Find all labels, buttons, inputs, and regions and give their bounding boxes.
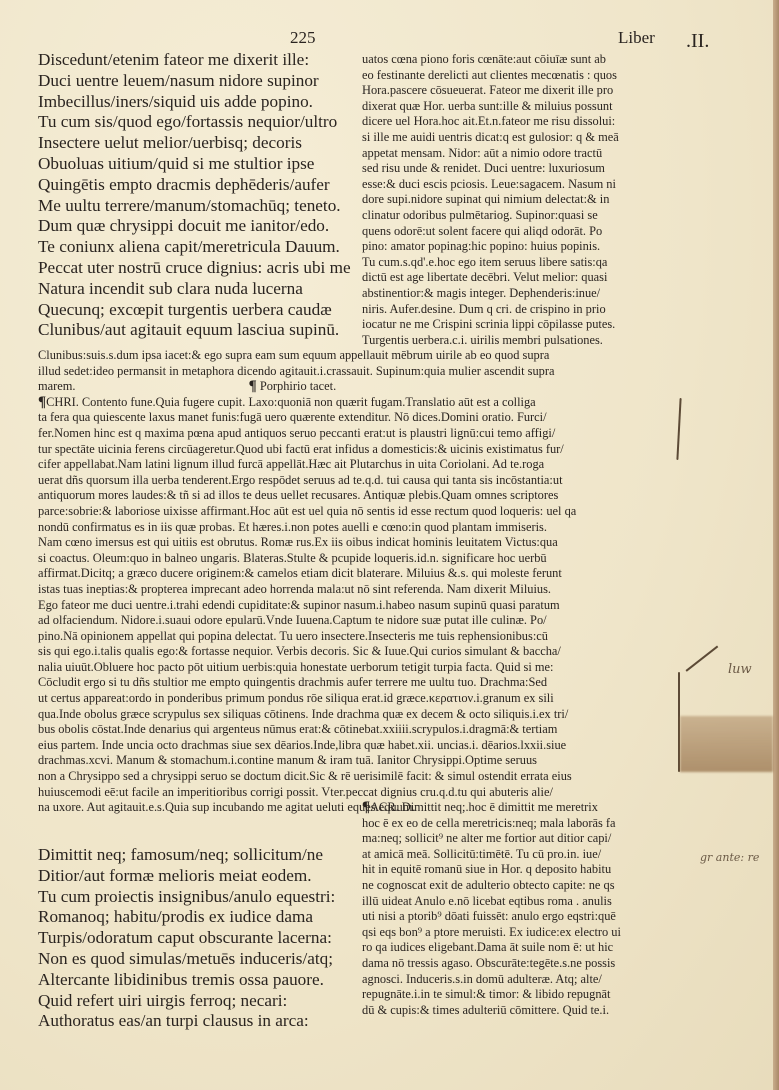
pilcrow-icon: ¶ bbox=[79, 378, 257, 394]
commentary-line: quens odorē:ut solent facere qui aliqd o… bbox=[362, 224, 682, 240]
verse-line: Clunibus/aut agitauit equum lasciua supi… bbox=[38, 320, 358, 341]
commentary-line: ¶ACR. Dimittit neq;.hoc ē dimittit me me… bbox=[362, 800, 682, 816]
commentary-line: huiuscemodi eē:ut facile an imperitiorib… bbox=[38, 785, 678, 801]
verse-line: Tu cum sis/quod ego/fortassis nequior/ul… bbox=[38, 112, 358, 133]
verse-line: Quingētis empto dracmis dephēderis/aufer bbox=[38, 175, 358, 196]
commentary-line: esse:& duci escis pciosis. Leue:sagacem.… bbox=[362, 177, 682, 193]
verse-line: Turpis/odoratum caput obscurante lacerna… bbox=[38, 928, 358, 949]
commentary-line: bus obolis cōstat.Inde denarius qui arge… bbox=[38, 722, 678, 738]
verse-line: Dimittit neq; famosum/neq; sollicitum/ne bbox=[38, 845, 358, 866]
verse-line: Tu cum proiectis insignibus/anulo equest… bbox=[38, 887, 358, 908]
commentary-line: pino: amator popinag:hic popino: huius p… bbox=[362, 239, 682, 255]
porphyrio-note: Porphirio tacet. bbox=[260, 379, 336, 393]
verse-line: Romanoq; habitu/prodis ex iudice dama bbox=[38, 907, 358, 928]
verse-line: Imbecillus/iners/siquid uis adde popino. bbox=[38, 92, 358, 113]
commentary-line: qsi eqs bon⁹ a ptore meruisti. Ex iudice… bbox=[362, 925, 682, 941]
verse-line: Obuoluas uitium/quid si me stultior ipse bbox=[38, 154, 358, 175]
commentary-line: illud sedet:ideo permansit in metaphora … bbox=[38, 364, 678, 380]
commentary-line: Cōcludit ergo si tu dñs stultior me empt… bbox=[38, 675, 678, 691]
commentary-line: ro qa iudices eligebant.Dama āt suile no… bbox=[362, 940, 682, 956]
commentary-line: repugnāte.i.in te simul:& timor: & libid… bbox=[362, 987, 682, 1003]
verse-line: Non es quod simulas/metuēs induceris/atq… bbox=[38, 949, 358, 970]
commentary-line: ta fera qua quiescente laxus manet funis… bbox=[38, 410, 678, 426]
running-head-liber: Liber bbox=[618, 28, 655, 48]
commentary-line: si coactus. Oleum:quo in balneo ungaris.… bbox=[38, 551, 678, 567]
commentary-line: Turgentis uerbera.c.i. uirilis membri pu… bbox=[362, 333, 682, 349]
commentary-line: non a Chrysippo sed a chrysippi seruo se… bbox=[38, 769, 678, 785]
marginal-note: gr ante: re bbox=[700, 852, 759, 864]
folio-number: 225 bbox=[290, 28, 316, 48]
commentary-line: dicere uel Hora.hoc ait.Et.n.fateor me r… bbox=[362, 114, 682, 130]
commentary-line: drachmas.xcvi. Manum & stomachum.i.conti… bbox=[38, 753, 678, 769]
commentary-line: ma:neq; sollicit⁹ ne alter me fortior au… bbox=[362, 831, 682, 847]
book-page: 225 Liber .II. Discedunt/etenim fateor m… bbox=[0, 0, 779, 1090]
commentary-line: uerat dñs quorsum illa uerba tenderent.E… bbox=[38, 473, 678, 489]
commentary-line: cifer appellabat.Nam latini lignum illud… bbox=[38, 457, 678, 473]
pilcrow-icon: ¶ bbox=[362, 799, 370, 815]
commentary-full-width: Clunibus:suis.s.dum ipsa iacet:& ego sup… bbox=[38, 348, 678, 816]
commentary-line: at amicā meā. Sollicitū:timētē. Tu cū pr… bbox=[362, 847, 682, 863]
commentary-line: abstinentior:& magis integer. Dephenderi… bbox=[362, 286, 682, 302]
verse-line: Duci uentre leuem/nasum nidore supinor bbox=[38, 71, 358, 92]
verse-line: Ditior/aut formæ melioris meiat eodem. bbox=[38, 866, 358, 887]
commentary-line: eius partem. Inde uncia octo drachmas si… bbox=[38, 738, 678, 754]
commentary-line: ne cognoscat exit de adulterio obtecto c… bbox=[362, 878, 682, 894]
pointing-hand-icon bbox=[686, 646, 718, 672]
verse-line: Quid refert uiri uirgis ferroq; necari: bbox=[38, 991, 358, 1012]
page-edge bbox=[773, 0, 779, 1090]
commentary-line: hoc ē ex eo de cella meretricis:neq; mal… bbox=[362, 816, 682, 832]
commentary-line: affirmat.Dicitq; a græco ducere originem… bbox=[38, 566, 678, 582]
commentary-line: ad olfaciendum. Nidore.i.suaui odore epu… bbox=[38, 613, 678, 629]
commentary-text: CHRI. Contento fune.Quia fugere cupit. L… bbox=[46, 395, 536, 409]
verse-block-top: Discedunt/etenim fateor me dixerit ille:… bbox=[38, 50, 358, 341]
commentary-line: sed risu unde & renidet. Duci uentre: lu… bbox=[362, 161, 682, 177]
commentary-line: dū & cupis:& times adulteriū cōmittere. … bbox=[362, 1003, 682, 1019]
commentary-line: nalia uiuūt.Obluere hoc pacto pōt uitium… bbox=[38, 660, 678, 676]
commentary-line: istas tuas ineptias:& propterea imprecan… bbox=[38, 582, 678, 598]
pilcrow-icon: ¶ bbox=[38, 394, 46, 410]
commentary-line: uti nisi a ptorib⁹ dōati fuissēt: anulo … bbox=[362, 909, 682, 925]
commentary-line: Nam cœno imersus est qui uitiis est obru… bbox=[38, 535, 678, 551]
commentary-line: Ego fateor me duci uentre.i.trahi edendi… bbox=[38, 598, 678, 614]
verse-line: Dum quæ chrysippi docuit me ianitor/edo. bbox=[38, 216, 358, 237]
commentary-line: agnosci. Induceris.s.in domū adulteræ. A… bbox=[362, 972, 682, 988]
commentary-line: marem. ¶ Porphirio tacet. bbox=[38, 379, 678, 395]
commentary-text: marem. bbox=[38, 379, 76, 393]
commentary-line: qua.Inde obolus græce scrypulus sex sili… bbox=[38, 707, 678, 723]
commentary-line: si ille me auidi uentris dicat:q est gul… bbox=[362, 130, 682, 146]
verse-line: Quecunq; excœpit turgentis uerbera caudæ bbox=[38, 300, 358, 321]
commentary-line: fer.Nomen hinc est q maxima pœna apud an… bbox=[38, 426, 678, 442]
commentary-line: ut certus appareat:ordo in ponderibus pr… bbox=[38, 691, 678, 707]
verse-line: Me uultu terrere/manum/stomachūq; teneto… bbox=[38, 196, 358, 217]
marginal-note: luw bbox=[728, 662, 752, 677]
commentary-line: hit in equitē romanū siue in Hor. q depo… bbox=[362, 862, 682, 878]
verse-line: Natura incendit sub clara nuda lucerna bbox=[38, 279, 358, 300]
commentary-right-top: uatos cœna piono foris cœnāte:aut cōiuīæ… bbox=[362, 52, 682, 348]
commentary-line: dictū est age libertate decēbri. Velut m… bbox=[362, 270, 682, 286]
verse-line: Authoratus eas/an turpi clausus in arca: bbox=[38, 1011, 358, 1032]
commentary-right-bottom: ¶ACR. Dimittit neq;.hoc ē dimittit me me… bbox=[362, 800, 682, 1018]
commentary-line: pino.Nā opinionem appellat qui popina de… bbox=[38, 629, 678, 645]
commentary-line: tur spectāte uicinia ferens circūageretu… bbox=[38, 442, 678, 458]
commentary-line: niris. Aufer.desine. Dum q cri. de crisp… bbox=[362, 302, 682, 318]
book-number: .II. bbox=[686, 30, 709, 53]
commentary-line: clinatur odoribus pulmētariog. Supinor:q… bbox=[362, 208, 682, 224]
commentary-line: dama nō tressis agaso. Obscurāte:tegēte.… bbox=[362, 956, 682, 972]
commentary-line: appetat mensam. Nidor: aūt a nimio odore… bbox=[362, 146, 682, 162]
commentary-line: Clunibus:suis.s.dum ipsa iacet:& ego sup… bbox=[38, 348, 678, 364]
commentary-line: antiquorum mores laudes:& tñ si ad illos… bbox=[38, 488, 678, 504]
commentary-line: uatos cœna piono foris cœnāte:aut cōiuīæ… bbox=[362, 52, 682, 68]
commentary-line: parce:sobrie:& laboriose uixisse affirma… bbox=[38, 504, 678, 520]
ink-stain bbox=[680, 716, 773, 772]
commentary-line: sis qui ego.i.talis qualis ego:& fortass… bbox=[38, 644, 678, 660]
commentary-line: eo festinante derelicti aut clientes mec… bbox=[362, 68, 682, 84]
verse-line: Discedunt/etenim fateor me dixerit ille: bbox=[38, 50, 358, 71]
verse-line: Altercante libidinibus tremis ossa pauor… bbox=[38, 970, 358, 991]
commentary-line: illū uideat Anulo e.nō licebat eqtibus r… bbox=[362, 894, 682, 910]
commentary-line: Hora.pascere cōsueuerat. Fateor me dixer… bbox=[362, 83, 682, 99]
commentary-line: dixerat quæ Hor. uerba sunt:ille & milui… bbox=[362, 99, 682, 115]
verse-line: Peccat uter nostrū cruce dignius: acris … bbox=[38, 258, 358, 279]
verse-line: Insectere uelut melior/uerbisq; decoris bbox=[38, 133, 358, 154]
commentary-line: ¶CHRI. Contento fune.Quia fugere cupit. … bbox=[38, 395, 678, 411]
verse-block-bottom: Dimittit neq; famosum/neq; sollicitum/ne… bbox=[38, 845, 358, 1032]
commentary-line: dore supi.nidore supinat qui nimium dele… bbox=[362, 192, 682, 208]
verse-line: Te coniunx aliena capit/meretricula Dauu… bbox=[38, 237, 358, 258]
commentary-text: ACR. Dimittit neq;.hoc ē dimittit me mer… bbox=[370, 800, 598, 814]
commentary-line: iocatur ne me Crispini scrinia lippi cōp… bbox=[362, 317, 682, 333]
commentary-line: Tu cum.s.qd'.e.hoc ego item seruus liber… bbox=[362, 255, 682, 271]
commentary-line: nondū confirmatus es in iis quæ probas. … bbox=[38, 520, 678, 536]
